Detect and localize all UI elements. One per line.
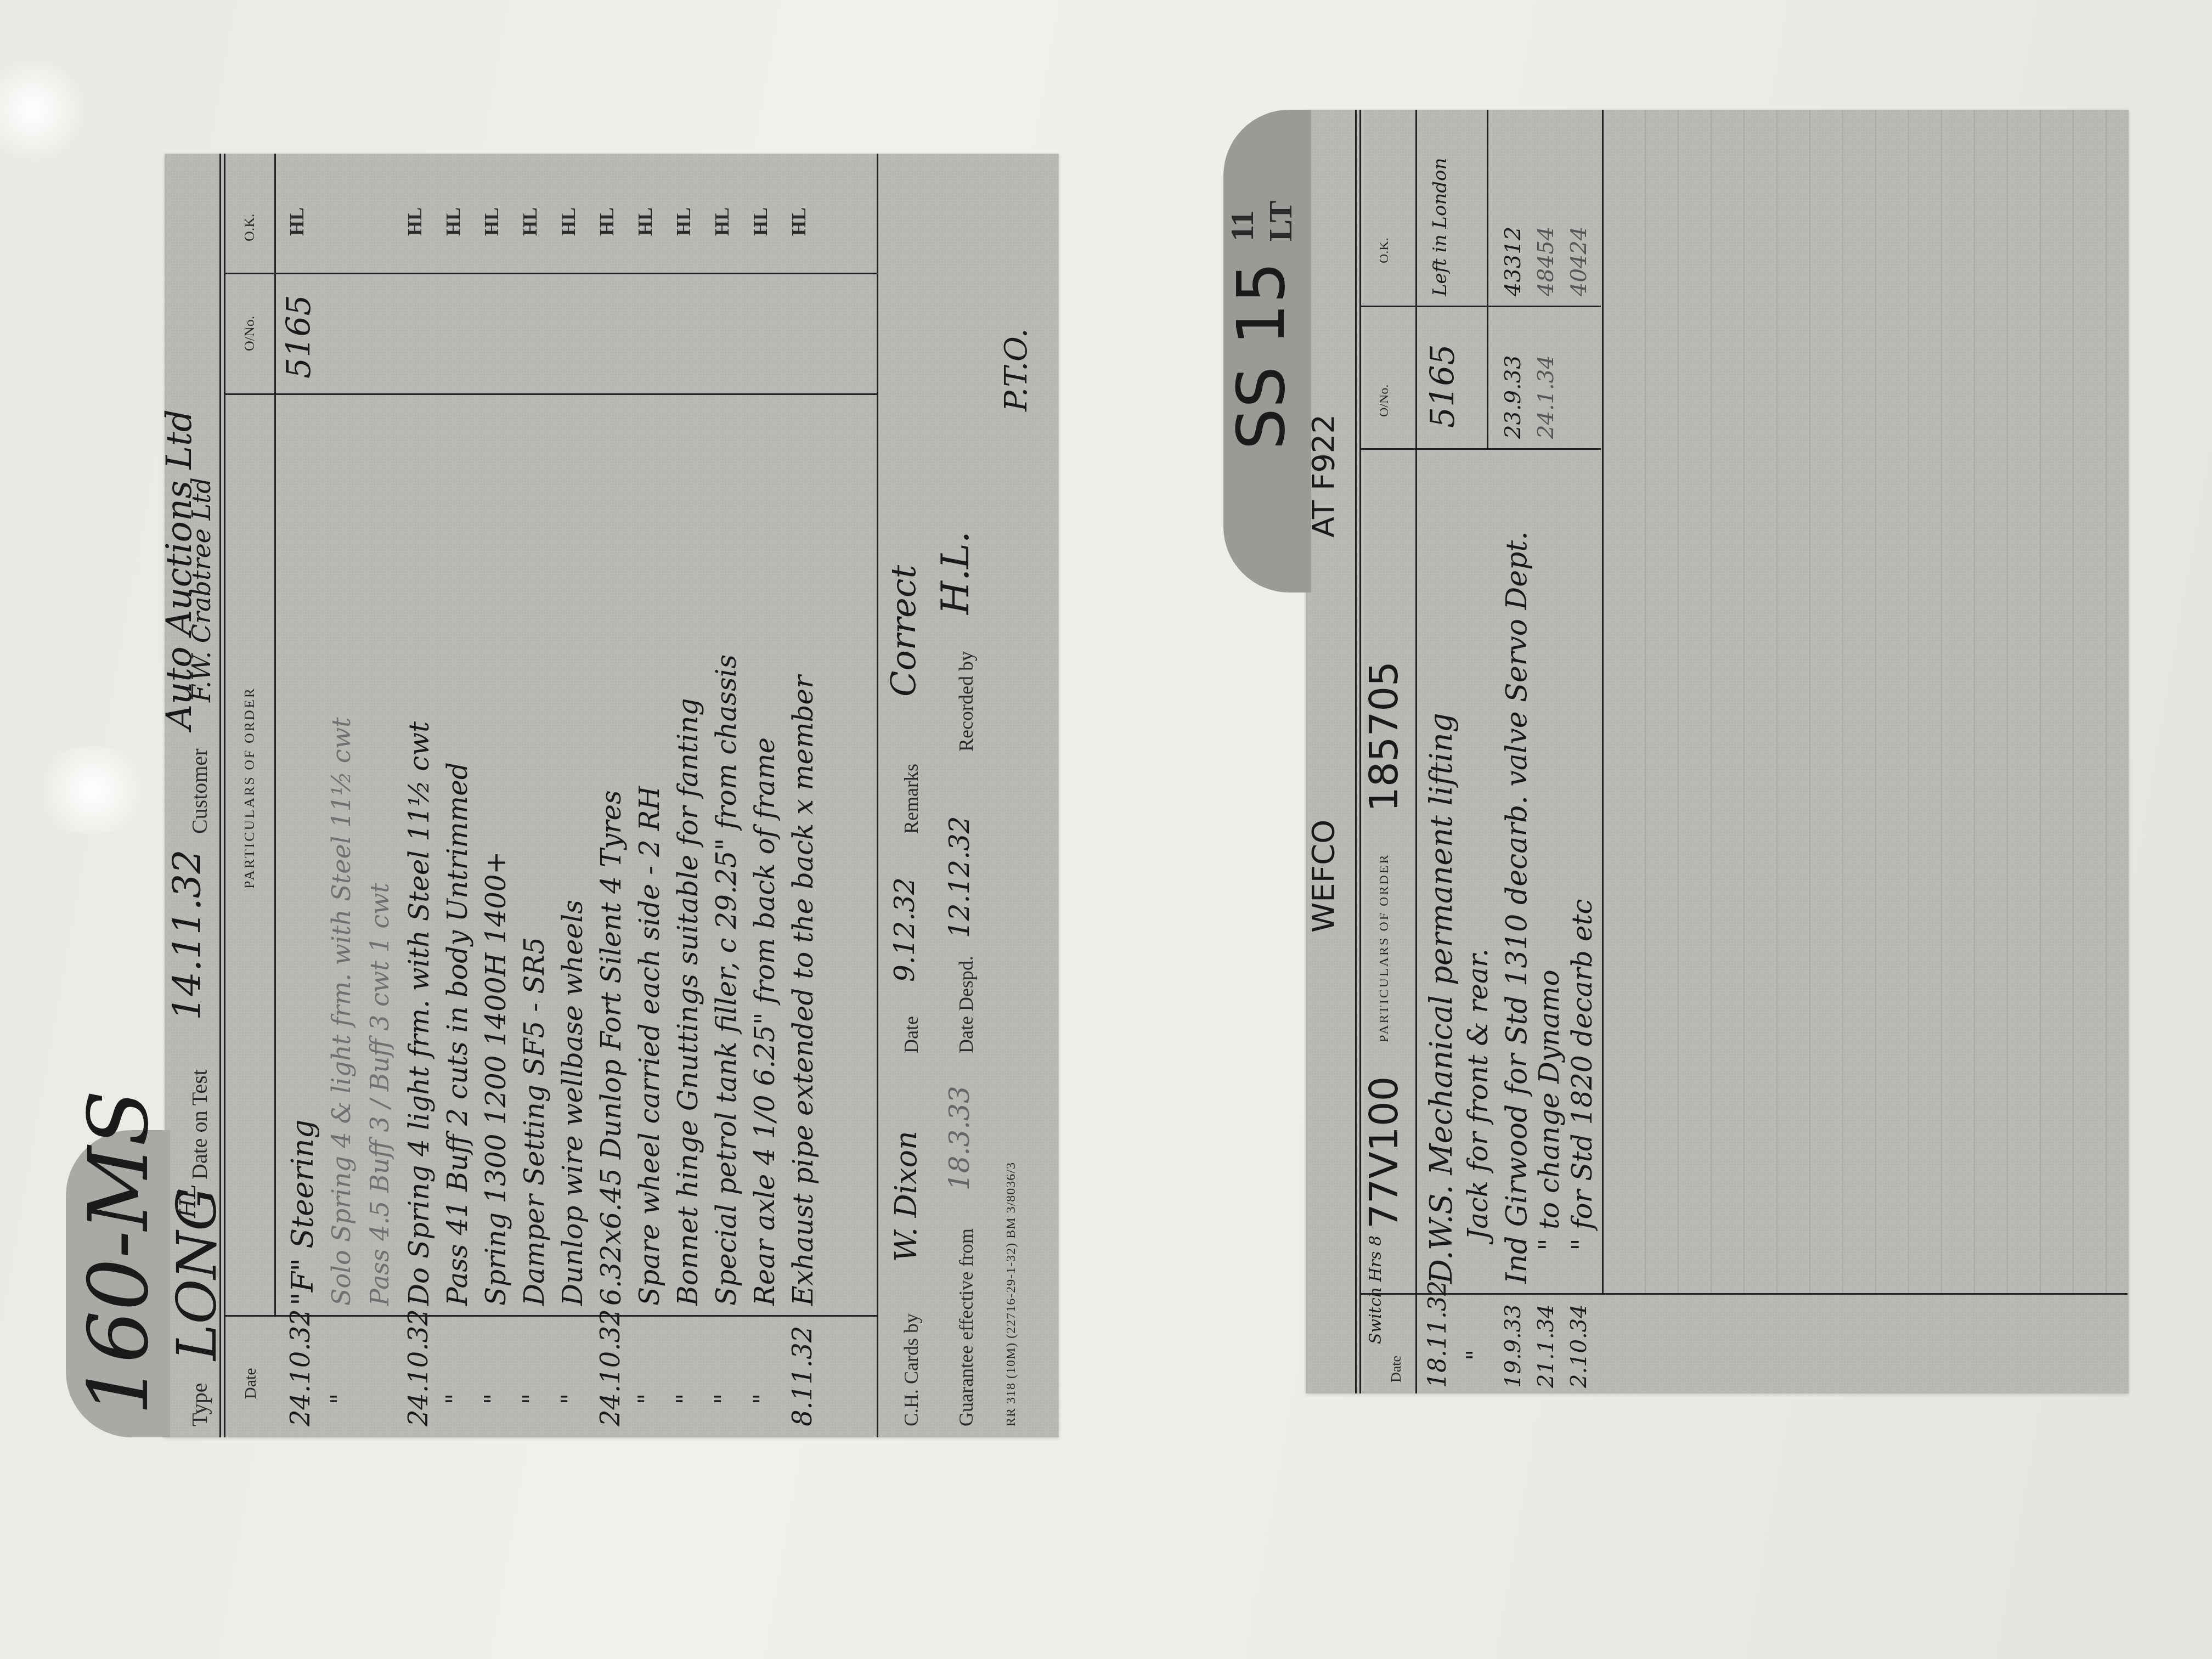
date-despd-label: Date Despd. bbox=[955, 956, 978, 1053]
row-date: " bbox=[480, 1393, 508, 1404]
row-date: " bbox=[326, 1393, 354, 1404]
row-ok: HL bbox=[787, 207, 810, 236]
row-ok: HL bbox=[749, 207, 772, 236]
row-date: 24.10.32 bbox=[403, 1309, 434, 1426]
ch-cards-by-label: C.H. Cards by bbox=[900, 1313, 923, 1426]
order-number: 5165 bbox=[1424, 344, 1462, 428]
ok-col-divider bbox=[224, 273, 877, 274]
customer-label: Customer bbox=[187, 748, 212, 834]
photo-glare bbox=[33, 746, 154, 834]
row-ok: HL bbox=[285, 207, 308, 236]
guarantee-label: Guarantee effective from bbox=[955, 1228, 978, 1426]
header-divider bbox=[219, 154, 221, 1437]
row-divider bbox=[1487, 110, 1488, 450]
remarks-value: Correct bbox=[883, 565, 923, 697]
row-ok: HL bbox=[403, 207, 426, 236]
row-date: 24.10.32 bbox=[595, 1309, 626, 1426]
row-text: Damper Setting SF5 - SR5 bbox=[518, 937, 550, 1306]
row-ok: HL bbox=[710, 207, 733, 236]
row-text: Rear axle 4 1/0 6.25" from back of frame bbox=[749, 737, 781, 1306]
row-ok: HL bbox=[518, 207, 541, 236]
row-date: 18.11.32 bbox=[1424, 1280, 1452, 1388]
row-date: " bbox=[557, 1393, 585, 1404]
type-initials: HL bbox=[176, 1184, 201, 1218]
type-label: Type bbox=[187, 1383, 212, 1426]
row-date: " bbox=[1462, 1350, 1490, 1361]
order-number: 5165 bbox=[280, 295, 318, 379]
remarks-label: Remarks bbox=[900, 764, 923, 834]
row-text: Pass 41 Buff 2 cuts in body Untrimmed bbox=[442, 762, 473, 1306]
row-text: Bonnet hinge Gnuttings suitable for fant… bbox=[672, 698, 704, 1306]
row-text: Pass 4.5 Buff 3 / Buff 3 cwt 1 cwt bbox=[365, 883, 394, 1306]
row-ok: 43312 bbox=[1500, 227, 1526, 296]
order-reference: 185705 bbox=[1361, 661, 1407, 812]
row-text: "F" Steering bbox=[285, 1120, 320, 1306]
date-on-test-value: 14.11.32 bbox=[165, 849, 210, 1020]
customer-value-line2: F.W. Crabtree Ltd bbox=[187, 477, 216, 702]
ch-cards-by-value: W. Dixon bbox=[889, 1131, 923, 1262]
row-date: 21.1.34 bbox=[1533, 1304, 1559, 1388]
ruled-lines bbox=[1613, 110, 2123, 1295]
row-ok: HL bbox=[557, 207, 580, 236]
date-on-test-label: Date on Test bbox=[187, 1069, 212, 1180]
reference: AT F922 bbox=[1306, 414, 1341, 538]
row-text: Spare wheel carried each side - 2 RH bbox=[634, 786, 665, 1306]
row-order-no: 23.9.33 bbox=[1500, 355, 1526, 439]
col-ok: O.K. bbox=[241, 213, 258, 241]
column-heading-divider bbox=[274, 154, 276, 1317]
footer-date-label: Date bbox=[900, 1016, 923, 1053]
row-text: Spring 1300 1200 1400H 1400+ bbox=[480, 851, 512, 1306]
row-text: Dunlop wire wellbase wheels bbox=[557, 900, 589, 1306]
right-record-card: SS 15 11 LT WEFCO AT F922 Switch Hrs 8 7… bbox=[1306, 110, 2129, 1393]
row-date: " bbox=[710, 1393, 738, 1404]
row-date: " bbox=[442, 1393, 470, 1404]
date-col-divider bbox=[224, 1315, 877, 1317]
col-order-no: O/No. bbox=[241, 316, 258, 351]
order-col-divider bbox=[1359, 448, 1601, 450]
header-divider bbox=[224, 154, 225, 1437]
row-date: 8.11.32 bbox=[787, 1326, 818, 1426]
row-text: " to change Dynamo bbox=[1533, 969, 1565, 1251]
header-divider bbox=[1355, 110, 1357, 1393]
row-order-no: 24.1.34 bbox=[1533, 355, 1559, 439]
row-date: " bbox=[749, 1393, 777, 1404]
col-particulars: PARTICULARS OF ORDER bbox=[1377, 854, 1392, 1042]
photo-glare bbox=[0, 55, 88, 165]
col-ok: O.K. bbox=[1377, 238, 1392, 263]
row-text: Do Spring 4 light frm. with Steel 11½ cw… bbox=[403, 721, 435, 1306]
form-code: RR 318 (10M) (22716-29-1-32) BM 3/8036/3 bbox=[1004, 1162, 1019, 1426]
row-text: Ind Girwood for Std 1310 decarb. valve S… bbox=[1500, 531, 1533, 1284]
tab-fraction-top: 11 bbox=[1223, 210, 1261, 241]
row-text: D.W.S. Mechanical permanent lifting bbox=[1424, 713, 1459, 1284]
row-text: Jack for front & rear. bbox=[1462, 949, 1494, 1240]
chassis-number: 77V100 bbox=[1361, 1076, 1407, 1229]
col-particulars: PARTICULARS OF ORDER bbox=[241, 687, 258, 889]
left-record-card: 160-MS Type LONG HL Date on Test 14.11.3… bbox=[165, 154, 1059, 1437]
date-despd-value: 12.12.32 bbox=[944, 816, 975, 938]
model-code: 160-MS bbox=[71, 1090, 167, 1415]
row-text: Exhaust pipe extended to the back x memb… bbox=[787, 675, 819, 1306]
make: WEFCO bbox=[1306, 820, 1341, 933]
row-ok: HL bbox=[634, 207, 657, 236]
tab-fraction-bottom: LT bbox=[1262, 200, 1300, 241]
row-date: " bbox=[518, 1393, 546, 1404]
recorded-by-label: Recorded by bbox=[955, 651, 978, 752]
col-order-no: O/No. bbox=[1377, 385, 1392, 417]
row-ok: HL bbox=[442, 207, 465, 236]
row-date: 2.10.34 bbox=[1566, 1304, 1592, 1388]
row-ok: HL bbox=[595, 207, 618, 236]
row-text: Solo Spring 4 & light frm. with Steel 11… bbox=[326, 718, 356, 1306]
column-heading-divider bbox=[1415, 110, 1417, 1393]
row-text: " for Std 1820 decarb etc bbox=[1566, 899, 1598, 1251]
row-date: " bbox=[672, 1393, 700, 1404]
tab-code: SS 15 bbox=[1223, 262, 1300, 450]
recorded-by-value: H.L. bbox=[933, 531, 978, 614]
row-divider bbox=[1602, 110, 1604, 1295]
row-date: 24.10.32 bbox=[285, 1309, 316, 1426]
ok-note: Left in London bbox=[1429, 158, 1451, 296]
row-date: " bbox=[634, 1393, 662, 1404]
ok-col-divider bbox=[1359, 306, 1601, 307]
col-date: Date bbox=[241, 1368, 260, 1399]
col-date: Date bbox=[1388, 1356, 1404, 1383]
chassis-prefix: Switch Hrs 8 bbox=[1366, 1235, 1385, 1344]
footer-date-value: 9.12.32 bbox=[889, 877, 921, 982]
row-date: 19.9.33 bbox=[1500, 1304, 1526, 1388]
row-text: 6.32x6.45 Dunlop Fort Silent 4 Tyres bbox=[595, 790, 627, 1306]
guarantee-value: 18.3.33 bbox=[944, 1086, 975, 1190]
row-ok: HL bbox=[672, 207, 695, 236]
footer-divider bbox=[877, 154, 878, 1437]
row-ok: 48454 bbox=[1533, 227, 1559, 296]
row-ok: HL bbox=[480, 207, 503, 236]
row-ok: 40424 bbox=[1566, 227, 1592, 296]
pto-note: P.T.O. bbox=[998, 329, 1034, 411]
row-text: Special petrol tank filler, c 29.25" fro… bbox=[710, 654, 742, 1306]
order-col-divider bbox=[224, 393, 877, 395]
